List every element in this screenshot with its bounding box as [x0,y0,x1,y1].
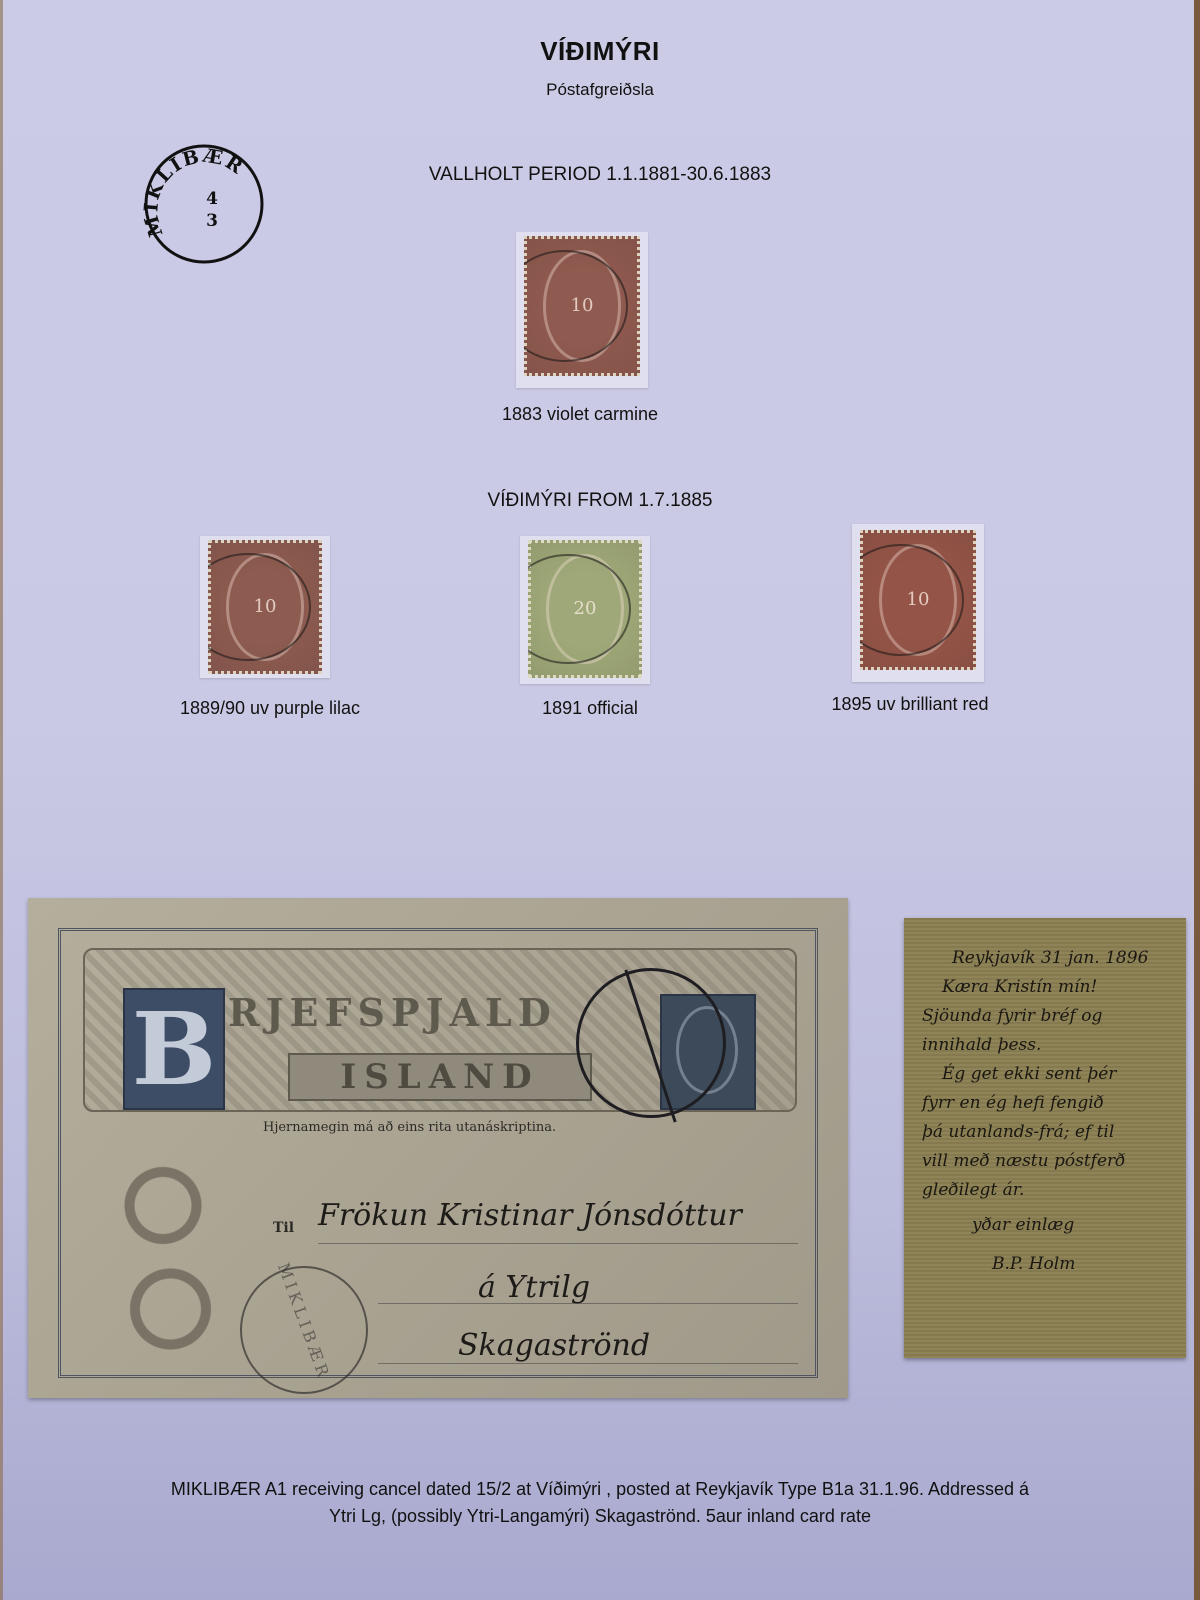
postcard-brjefspjald: B RJEFSPJALD ISLAND Hjernamegin má að ei… [28,898,848,1398]
address-line-3: Skagaströnd [458,1328,650,1363]
letter-line: innihald þess. [922,1031,1168,1060]
card-instruction: Hjernamegin má að eins rita utanáskripti… [263,1120,556,1135]
footer-line-2: Ytri Lg, (possibly Ytri-Langamýri) Skaga… [60,1503,1140,1530]
card-heading: RJEFSPJALD [228,990,557,1035]
svg-text:4: 4 [206,189,218,209]
miklibaer-receiving-cancel-icon: MIKLIBÆR [240,1266,368,1394]
card-country-label: ISLAND [288,1053,592,1101]
miklibaer-cancel-icon: MIKLIBÆR 4 3 [142,142,266,266]
letter-line: gleðilegt ár. [922,1176,1168,1205]
card-ornament-icon [88,1148,238,1378]
section-heading-vidimyri: VÍÐIMÝRI FROM 1.7.1885 [0,490,1200,512]
address-line-1: Frökun Kristinar Jónsdóttur [318,1198,742,1233]
letter-line: þá utanlands-frá; ef til [922,1118,1168,1147]
letter-line: yðar einlæg [922,1211,1168,1240]
letter-line: Reykjavík 31 jan. 1896 [922,944,1168,973]
letter-line: Sjöunda fyrir bréf og [922,1002,1168,1031]
letter-line: vill með næstu póstferð [922,1147,1168,1176]
page-edge-left [0,0,3,1600]
stamp-1895-brilliant-red: 10 [860,530,976,670]
stamp-1891-official: 20 [528,540,642,678]
page-edge-right [1194,0,1200,1600]
page-title: VÍÐIMÝRI [0,36,1200,67]
reykjavik-postmark-icon [576,968,726,1118]
section-heading-vallholt: VALLHOLT PERIOD 1.1.1881-30.6.1883 [0,164,1200,186]
letter-line: Ég get ekki sent þér [922,1060,1168,1089]
stamp-1889-purple-lilac: 10 [208,540,322,674]
stamp-caption: 1895 uv brilliant red [770,694,1050,715]
card-initial-b: B [123,988,225,1110]
stamp-caption: 1891 official [450,698,730,719]
letter-line: fyrr en ég hefi fengið [922,1089,1168,1118]
address-line-2: á Ytrilg [478,1270,590,1305]
footer-line-1: MIKLIBÆR A1 receiving cancel dated 15/2 … [60,1476,1140,1503]
card-til-label: Til [273,1220,294,1236]
stamp-caption: 1883 violet carmine [440,404,720,425]
letter-line: B.P. Holm [922,1250,1168,1279]
stamp-caption: 1889/90 uv purple lilac [130,698,410,719]
stamp-1883-violet-carmine: 10 [524,236,640,376]
letter-reverse: Reykjavík 31 jan. 1896Kæra Kristín mín!S… [904,918,1186,1358]
svg-text:MIKLIBÆR: MIKLIBÆR [142,144,248,239]
footer-description: MIKLIBÆR A1 receiving cancel dated 15/2 … [60,1476,1140,1530]
letter-line: Kæra Kristín mín! [922,973,1168,1002]
page-subtitle: Póstafgreiðsla [0,80,1200,100]
svg-text:3: 3 [206,211,218,231]
